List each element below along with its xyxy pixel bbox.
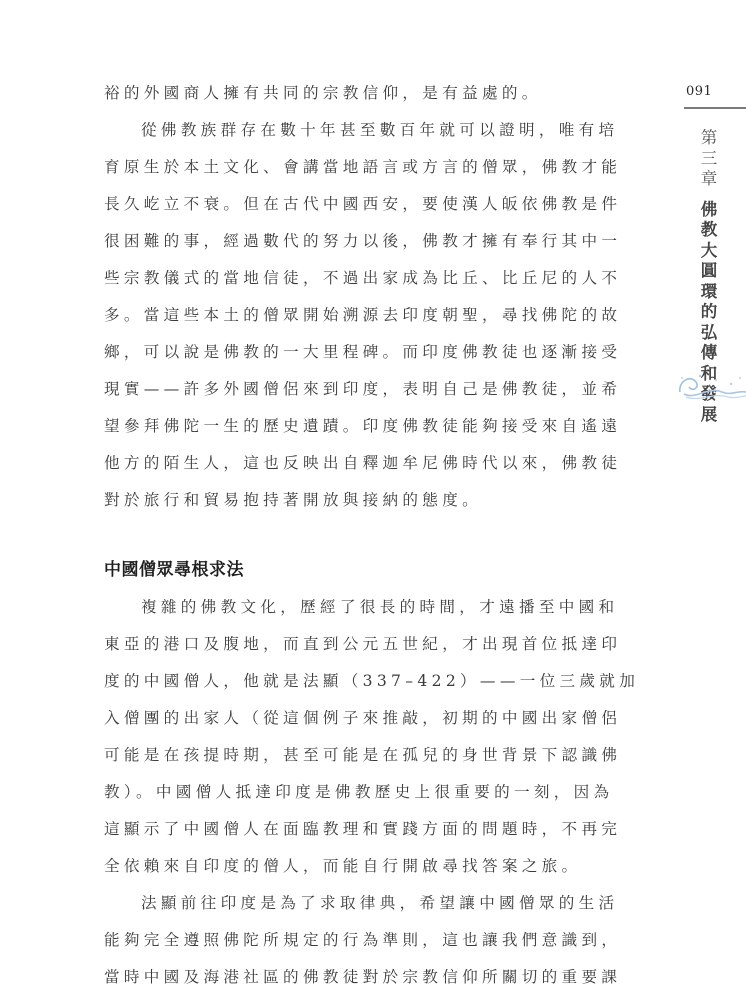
section-heading: 中國僧眾尋根求法 (104, 555, 584, 592)
section-gap (104, 522, 584, 555)
paragraph-line: 他方的陌生人，這也反映出自釋迦牟尼佛時代以來，佛教徒 (104, 448, 584, 485)
chapter-title-char: 佛 (697, 200, 721, 221)
chapter-title-char: 傳 (697, 343, 721, 364)
paragraph-line: 裕的外國商人擁有共同的宗教信仰，是有益處的。 (104, 78, 584, 115)
chapter-label-char: 第 (697, 128, 721, 149)
chapter-title-char: 教 (697, 220, 721, 241)
book-page: 091 第 三 章 佛 教 大 圓 環 的 弘 傳 和 發 展 裕的外國商人擁有… (0, 0, 746, 1000)
paragraph-line: 度的中國僧人，他就是法顯（337–422）——一位三歲就加 (104, 666, 584, 703)
chapter-title-char: 弘 (697, 323, 721, 344)
chapter-title-char: 展 (697, 405, 721, 426)
chapter-title-char: 的 (697, 302, 721, 323)
body-text: 裕的外國商人擁有共同的宗教信仰，是有益處的。 從佛教族群存在數十年甚至數百年就可… (104, 78, 584, 999)
paragraph-line: 這顯示了中國僧人在面臨教理和實踐方面的問題時，不再完 (104, 814, 584, 851)
paragraph-line: 長久屹立不衰。但在古代中國西安，要使漢人皈依佛教是件 (104, 189, 584, 226)
paragraph-line: 東亞的港口及腹地，而直到公元五世紀，才出現首位抵達印 (104, 629, 584, 666)
paragraph-line: 對於旅行和貿易抱持著開放與接納的態度。 (104, 485, 584, 522)
chapter-title-char: 圓 (697, 261, 721, 282)
paragraph-line: 能夠完全遵照佛陀所規定的行為準則，這也讓我們意識到， (104, 925, 584, 962)
paragraph-line: 些宗教儀式的當地信徒，不過出家成為比丘、比丘尼的人不 (104, 263, 584, 300)
paragraph-line: 現實——許多外國僧侶來到印度，表明自己是佛教徒，並希 (104, 374, 584, 411)
wave-ornament-icon (676, 366, 746, 402)
paragraph-line: 教）。中國僧人抵達印度是佛教歷史上很重要的一刻，因為 (104, 777, 584, 814)
chapter-label-char: 章 (697, 169, 721, 190)
paragraph-line: 複雜的佛教文化，歷經了很長的時間，才遠播至中國和 (104, 592, 584, 629)
paragraph-line: 育原生於本土文化、會講當地語言或方言的僧眾，佛教才能 (104, 152, 584, 189)
paragraph-line: 可能是在孩提時期，甚至可能是在孤兒的身世背景下認識佛 (104, 740, 584, 777)
chapter-label-char: 三 (697, 149, 721, 170)
paragraph-line: 從佛教族群存在數十年甚至數百年就可以證明，唯有培 (104, 115, 584, 152)
paragraph-line: 多。當這些本土的僧眾開始溯源去印度朝聖，尋找佛陀的故 (104, 300, 584, 337)
page-number-rule (684, 107, 746, 109)
paragraph-line: 望參拜佛陀一生的歷史遺蹟。印度佛教徒能夠接受來自遙遠 (104, 411, 584, 448)
page-number: 091 (686, 84, 712, 99)
paragraph-line: 法顯前往印度是為了求取律典，希望讓中國僧眾的生活 (104, 888, 584, 925)
paragraph-line: 鄉，可以說是佛教的一大里程碑。而印度佛教徒也逐漸接受 (104, 337, 584, 374)
paragraph-line: 入僧團的出家人（從這個例子來推敲，初期的中國出家僧侶 (104, 703, 584, 740)
chapter-title-char: 大 (697, 241, 721, 262)
chapter-title-char: 環 (697, 282, 721, 303)
paragraph-line: 當時中國及海港社區的佛教徒對於宗教信仰所關切的重要課 (104, 962, 584, 999)
chapter-spacer (697, 190, 721, 200)
paragraph-line: 很困難的事，經過數代的努力以後，佛教才擁有奉行其中一 (104, 226, 584, 263)
paragraph-line: 全依賴來自印度的僧人，而能自行開啟尋找答案之旅。 (104, 851, 584, 888)
